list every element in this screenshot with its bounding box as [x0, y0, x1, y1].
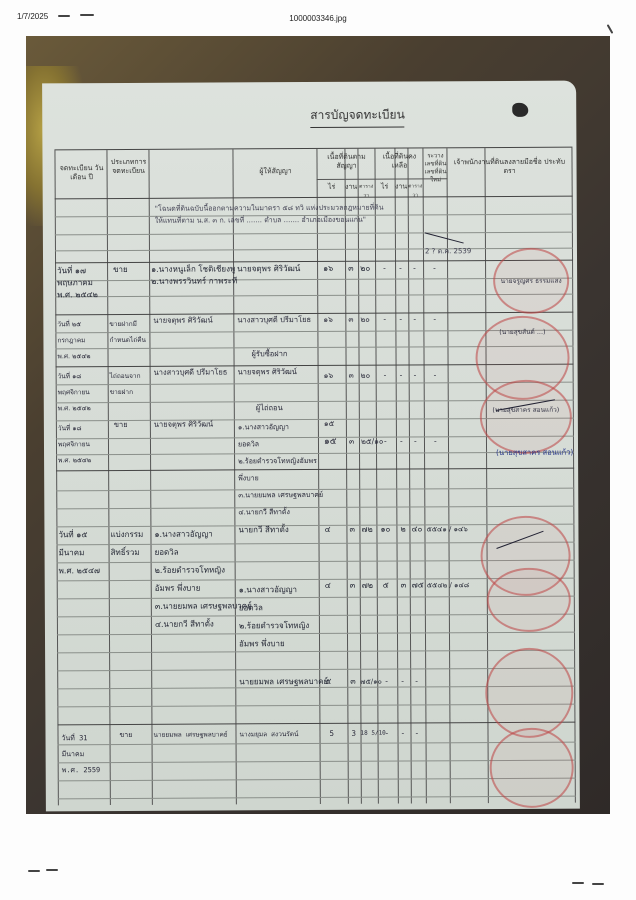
registry-table: จดทะเบียน วัน เดือน ปี ประเภทการจดทะเบีย…: [54, 147, 575, 806]
entry5-grantor-list: ๑.นางสาวอัญญา ยอดวิล ๒.ร้อยตำรวจโทหญิง อ…: [154, 525, 251, 634]
officer-stamp-3: (นายสุขสาคร สอนแก้ว): [480, 380, 572, 454]
entry5-wa: ๗๒: [361, 525, 372, 535]
col-header-date: จดทะเบียน วัน เดือน ปี: [57, 164, 107, 182]
entry4-type: ขาย: [114, 420, 128, 430]
typed-note-line2: ให้แทนที่ตาม น.ส. ๓ ก. เลขที่ ....... ตำ…: [155, 215, 366, 227]
page-header-date: 1/7/2025: [17, 12, 48, 21]
entry6-rem-rai: ๕: [383, 581, 389, 591]
typed-note-line1: "โฉนดที่ดินฉบับนี้ออกตามความในมาตรา ๕๘ ท…: [155, 203, 384, 215]
col-header-type: ประเภทการจดทะเบียน: [108, 158, 148, 176]
entry7-rem-wa: -: [415, 676, 418, 686]
entry3-date: วันที่ ๑๘ พฤศจิกายน พ.ศ. ๒๕๔๒: [58, 368, 91, 416]
mark-bottom-right-2: [592, 883, 604, 885]
sub-rai-2: ไร่: [375, 183, 395, 192]
entry4-rem-ngan: -: [400, 437, 403, 447]
entry1-rai: ๑๖: [323, 264, 333, 274]
mark-top-right: [607, 24, 614, 34]
entry5-grantee: นายกวี สีทาตั้ง: [238, 525, 288, 535]
col-header-parcel: ระวางเลขที่ดินเลขที่ดินใหม่: [424, 152, 446, 184]
entry6-rem-ngan: ๓: [401, 581, 407, 591]
entry4-date: วันที่ ๑๘ พฤศจิกายน พ.ศ. ๒๕๔๒: [58, 420, 91, 468]
entry2-wa: ๒๐: [360, 315, 370, 325]
entry3-rem-wa: -: [414, 370, 417, 380]
entry4-grantee-list: ๑.นางสาวอัญญา ยอดวิล ๒.ร้อยตำรวจโทหญิงอั…: [238, 419, 323, 521]
entry5-rai: ๔: [324, 525, 330, 535]
entry1-grantee: นายจตุพร ศิริวัฒน์: [237, 264, 300, 274]
col-header-area-contract: เนื้อที่ดินตามสัญญา: [318, 153, 374, 171]
entry1-rem-rai: -: [383, 264, 386, 274]
entry6-rem-wa: ๗๕: [412, 580, 424, 590]
entry2-grantee: นางสาวบุศดี ปรีมาโยธ: [237, 315, 311, 325]
entry1-grantor-1: ๑.นางหนูเล็ก โชติเชียงพู: [151, 264, 235, 274]
entry4-ngan: ๓: [349, 437, 354, 447]
entry1-date: วันที่ ๑๗ พฤษภาคม พ.ศ. ๒๕๔๒: [57, 265, 98, 301]
entry1-parcel: -: [433, 263, 436, 273]
entry3-type: ไถ่ถอนจาก ขายฝาก: [110, 368, 141, 400]
col-header-officer: เจ้าพนักงานที่ดินลงลายมือชื่อ ประทับตรา: [448, 158, 570, 177]
entry8-rem-ngan: -: [401, 729, 404, 739]
mark-bottom-left-2: [46, 869, 58, 871]
entry7-wa: ๗๕/๑๐: [360, 677, 382, 687]
sub-wa: ตารางวา: [358, 183, 375, 201]
entry4-rai: ๑๕: [324, 419, 334, 429]
entry7-rem-rai: -: [385, 677, 388, 687]
entry8-rai: 5: [329, 729, 334, 739]
entry6-grantee-list: ๑.นางสาวอัญญา ยอดวิล ๒.ร้อยตำรวจโทหญิง อ…: [239, 581, 310, 653]
sub-wa-2: ตารางวา: [408, 182, 423, 200]
entry6-wa: ๗๒: [362, 581, 373, 591]
entry5-rem-ngan: ๒: [400, 525, 405, 535]
sub-ngan: งาน: [345, 183, 358, 192]
page-header-filename: 1000003346.jpg: [289, 14, 346, 23]
entry3-grantee: นายจตุพร ศิริวัฒน์: [238, 367, 297, 377]
note-signature: [425, 232, 464, 243]
entry3-grantee-role: ผู้ไถ่ถอน: [256, 403, 283, 413]
entry5-parcel: ๕๕๔๑ / ๑๔๖: [426, 524, 467, 534]
entry2-parcel: -: [433, 314, 436, 324]
entry3-parcel: -: [434, 370, 437, 380]
entry2-rem-ngan: -: [399, 315, 402, 325]
entry2-rem-rai: -: [383, 315, 386, 325]
officer-stamp-8: [489, 728, 573, 808]
entry8-type: ขาย: [119, 730, 132, 740]
entry4-parcel: -: [434, 436, 437, 446]
entry2-ngan: ๓: [348, 315, 353, 325]
entry2-grantor: นายจตุพร ศิริวัฒน์: [153, 316, 212, 326]
officer-stamp-6: [487, 568, 571, 632]
sub-rai: ไร่: [319, 183, 345, 192]
entry8-wa: 18 5/10: [360, 729, 385, 739]
entry3-rem-rai: -: [384, 371, 387, 381]
entry6-ngan: ๓: [350, 581, 356, 591]
mark-top-left-2: [80, 14, 94, 16]
col-header-area-remaining: เนื้อที่ดินคงเหลือ: [376, 152, 422, 170]
entry3-grantor: นางสาวบุศดี ปรีมาโยธ: [154, 367, 228, 377]
entry2-rai: ๑๖: [323, 315, 333, 325]
entry3-wa: ๒๐: [361, 371, 371, 381]
officer-stamp-7: [485, 648, 573, 738]
entry8-grantee: นางมยุมล สงวนรัตน์: [239, 729, 298, 739]
document-title: สารบัญจดทะเบียน: [310, 106, 405, 128]
land-registry-sheet: สารบัญจดทะเบียน จดทะเบียน วัน เดือน ปี ป…: [42, 81, 580, 812]
entry8-rem-wa: -: [415, 728, 418, 738]
entry6-rai: ๔: [325, 581, 331, 591]
entry1-grantor-2: ๒.นางพรรวินทร์ กาพระที: [151, 276, 237, 286]
entry2-grantee-role: ผู้รับซื้อฝาก: [251, 349, 287, 359]
entry8-ngan: 3: [351, 729, 356, 739]
entry4-rem-wa: -: [414, 436, 417, 446]
entry5-date: วันที่ ๑๕ มีนาคม พ.ศ. ๒๕๔๗: [58, 526, 100, 580]
entry8-rem-rai: -: [385, 729, 388, 739]
entry4-grantor: นายจตุพร ศิริวัฒน์: [154, 420, 213, 430]
entry5-type: แบ่งกรรม สิทธิ์รวม: [110, 526, 143, 562]
officer-name-4: (นายสุขสาคร สอนแก้ว): [496, 448, 573, 458]
entry3-rem-ngan: -: [400, 371, 403, 381]
entry8-date: วันที่ 31 มีนาคม พ.ศ. 2559: [61, 730, 100, 778]
entry7-rem-ngan: -: [401, 677, 404, 687]
entry2-type: ขายฝากมี กำหนดไถ่คืน: [109, 316, 146, 348]
mark-bottom-right-1: [572, 882, 584, 884]
entry4-rem-rai: -: [384, 437, 387, 447]
entry7-grantee: นายยมพล เศรษฐพลบาคย์: [239, 677, 328, 687]
entry1-rem-wa: -: [413, 263, 416, 273]
entry6-parcel: ๕๕๔๒ / ๑๔๘: [427, 580, 470, 590]
entry1-wa: ๒๐: [360, 264, 370, 274]
entry8-grantor: นายยมพล เศรษฐพลบาคย์: [153, 729, 227, 739]
entry3-rai: ๑๖: [324, 371, 334, 381]
entry2-rem-wa: -: [413, 314, 416, 324]
entry4-wa: ๒๕/๑๐: [361, 437, 384, 447]
entry7-rai: ๕: [325, 677, 331, 687]
entry2-date: วันที่ ๒๕ กรกฎาคม พ.ศ. ๒๕๔๒: [57, 316, 90, 364]
mark-top-left-1: [58, 15, 70, 17]
entry3-ngan: ๓: [349, 371, 354, 381]
entry5-rem-rai: ๑๐: [380, 525, 390, 535]
sub-ngan-2: งาน: [395, 182, 408, 191]
mark-bottom-left-1: [28, 870, 40, 872]
entry4-rai-hand: ๑๕: [324, 437, 337, 447]
note-stamp-date: 2 ? ต.ค. 2539: [425, 246, 471, 257]
entry1-ngan: ๓: [348, 264, 354, 274]
entry5-rem-wa: ๔๐: [411, 524, 422, 534]
entry1-rem-ngan: -: [399, 264, 402, 274]
officer-stamp-1: นายจรูญศร ธรรมแสง: [493, 248, 569, 314]
entry5-ngan: ๓: [349, 525, 355, 535]
col-header-grantor: ผู้ให้สัญญา: [235, 167, 317, 176]
ink-blot: [512, 103, 528, 117]
entry1-type: ขาย: [113, 265, 128, 275]
entry7-ngan: ๓: [350, 677, 356, 687]
